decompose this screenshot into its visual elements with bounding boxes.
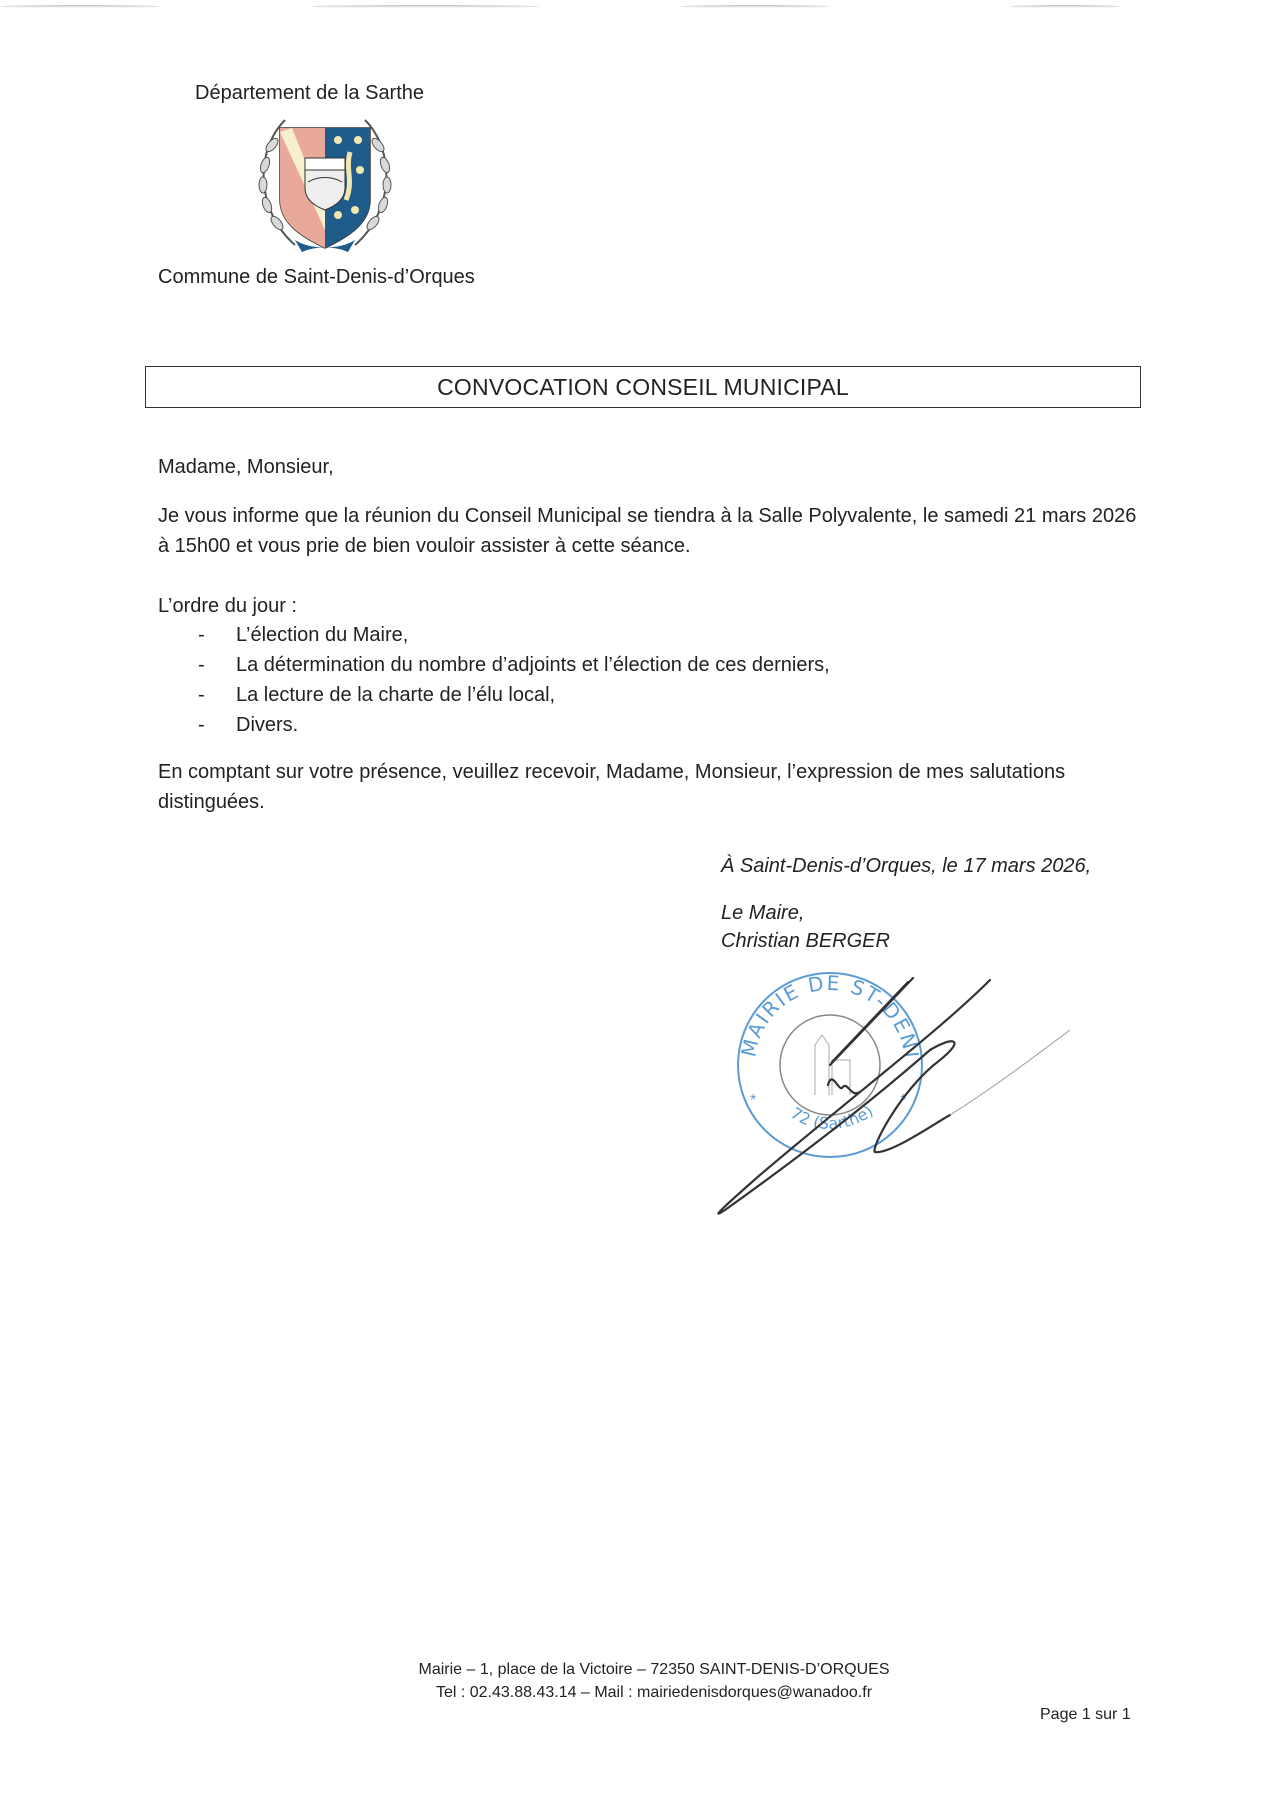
document-title: CONVOCATION CONSEIL MUNICIPAL (437, 374, 849, 400)
page-number: Page 1 sur 1 (1040, 1706, 1131, 1724)
agenda-item-text: La lecture de la charte de l’élu local, (236, 684, 555, 707)
commune-name: Commune de Saint-Denis-d’Orques (158, 266, 475, 289)
agenda-label: L’ordre du jour : (158, 591, 297, 621)
invitation-paragraph: Je vous informe que la réunion du Consei… (158, 501, 1148, 561)
bullet-dash: - (198, 684, 205, 707)
bullet-dash: - (198, 714, 205, 737)
bullet-dash: - (198, 654, 205, 677)
bullet-dash: - (198, 624, 205, 647)
agenda-item-text: L’élection du Maire, (236, 624, 408, 647)
footer-address: Mairie – 1, place de la Victoire – 72350… (400, 1661, 908, 1679)
place-date: À Saint-Denis-d’Orques, le 17 mars 2026, (721, 852, 1091, 880)
coat-of-arms-icon (250, 110, 400, 260)
document-title-box: CONVOCATION CONSEIL MUNICIPAL (145, 366, 1141, 408)
agenda-item-text: Divers. (236, 714, 298, 737)
signatory-name: Christian BERGER (721, 927, 890, 955)
scan-artifact (0, 5, 160, 8)
agenda-item-text: La détermination du nombre d’adjoints et… (236, 654, 830, 677)
salutation: Madame, Monsieur, (158, 452, 334, 482)
scan-artifact (1010, 5, 1120, 8)
scan-artifact (680, 5, 830, 8)
scan-artifact (310, 5, 540, 8)
signature-icon (700, 960, 1080, 1230)
department-name: Département de la Sarthe (195, 82, 424, 105)
signatory-role: Le Maire, (721, 899, 804, 927)
footer-contact: Tel : 02.43.88.43.14 – Mail : mairiedeni… (400, 1684, 908, 1702)
closing-paragraph: En comptant sur votre présence, veuillez… (158, 757, 1148, 817)
